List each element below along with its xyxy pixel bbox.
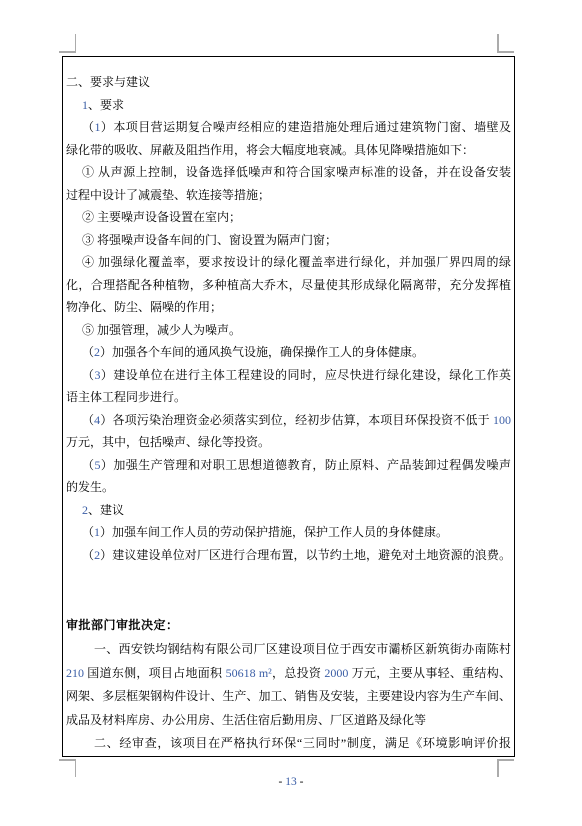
report-table-cell: 二、要求与建议1、要求（1）本项目营运期复合噪声经相应的建造措施处理后通过建筑物… — [62, 56, 515, 757]
doc-line: 的发生。 — [66, 476, 511, 499]
crop-mark-top-left-h — [59, 51, 76, 53]
doc-line: 审批部门审批决定： — [66, 612, 511, 638]
crop-mark-bottom-right-v — [497, 759, 499, 777]
crop-mark-top-right-h — [497, 51, 514, 53]
doc-line: 绿化带的吸收、屏蔽及阻挡作用，将会大幅度地衰减。具体见降噪措施如下： — [66, 139, 511, 162]
doc-line: ④ 加强绿化覆盖率，要求按设计的绿化覆盖率进行绿化，并加强厂界四周的绿 — [66, 251, 511, 274]
document-body: 二、要求与建议1、要求（1）本项目营运期复合噪声经相应的建造措施处理后通过建筑物… — [63, 57, 514, 756]
doc-line: （2）加强各个车间的通风换气设施，确保操作工人的身体健康。 — [66, 341, 511, 364]
doc-line: 网架、多层框架钢构件设计、生产、加工、销售及安装，主要建设内容为生产车间、 — [66, 685, 511, 709]
crop-mark-top-left-v — [75, 34, 77, 52]
page-number: - 13 - — [0, 776, 582, 788]
doc-line: （4）各项污染治理资金必须落实到位，经初步估算，本项目环保投资不低于 100 — [66, 409, 511, 432]
doc-line: ② 主要噪声设备设置在室内； — [66, 206, 511, 229]
doc-line: ③ 将强噪声设备车间的门、窗设置为隔声门窗； — [66, 229, 511, 252]
doc-line: （3）建设单位在进行主体工程建设的同时，应尽快进行绿化建设，绿化工作英 — [66, 364, 511, 387]
doc-line: 语主体工程同步进行。 — [66, 386, 511, 409]
doc-line: 210 国道东侧，项目占地面积 50618 m²，总投资 2000 万元，主要从… — [66, 662, 511, 686]
crop-mark-bottom-right-h — [497, 759, 514, 761]
doc-line: （2）建议建设单位对厂区进行合理布置，以节约土地，避免对土地资源的浪费。 — [66, 544, 511, 567]
crop-mark-top-right-v — [497, 34, 499, 52]
doc-line: （1）加强车间工作人员的劳动保护措施，保护工作人员的身体健康。 — [66, 521, 511, 544]
doc-line: 物净化、防尘、隔噪的作用； — [66, 296, 511, 319]
doc-line: 化，合理搭配各种植物，多种植高大乔木，尽量使其形成绿化隔离带，充分发挥植 — [66, 274, 511, 297]
doc-line: 1、要求 — [66, 94, 511, 117]
doc-line: 二、经审查，该项目在严格执行环保“三同时”制度，满足《环境影响评价报 — [66, 732, 511, 756]
crop-mark-bottom-left-v — [75, 759, 77, 777]
doc-line: 过程中设计了减震垫、软连接等措施； — [66, 184, 511, 207]
doc-line: ① 从声源上控制，设备选择低噪声和符合国家噪声标准的设备，并在设备安装 — [66, 161, 511, 184]
document-page: 二、要求与建议1、要求（1）本项目营运期复合噪声经相应的建造措施处理后通过建筑物… — [0, 0, 582, 826]
doc-line: 成品及材料库房、办公用房、生活住宿后勤用房、厂区道路及绿化等 — [66, 709, 511, 733]
doc-line: 二、要求与建议 — [66, 71, 511, 94]
doc-line: （5）加强生产管理和对职工思想道德教育，防止原料、产品装卸过程偶发噪声 — [66, 454, 511, 477]
doc-line: ⑤ 加强管理，减少人为噪声。 — [66, 319, 511, 342]
crop-mark-bottom-left-h — [59, 759, 76, 761]
doc-line: （1）本项目营运期复合噪声经相应的建造措施处理后通过建筑物门窗、墙壁及 — [66, 116, 511, 139]
doc-line: 一、西安铁均钢结构有限公司厂区建设项目位于西安市灞桥区新筑街办南陈村 — [66, 638, 511, 662]
doc-line: 万元，其中，包括噪声、绿化等投资。 — [66, 431, 511, 454]
doc-line: 2、建议 — [66, 499, 511, 522]
